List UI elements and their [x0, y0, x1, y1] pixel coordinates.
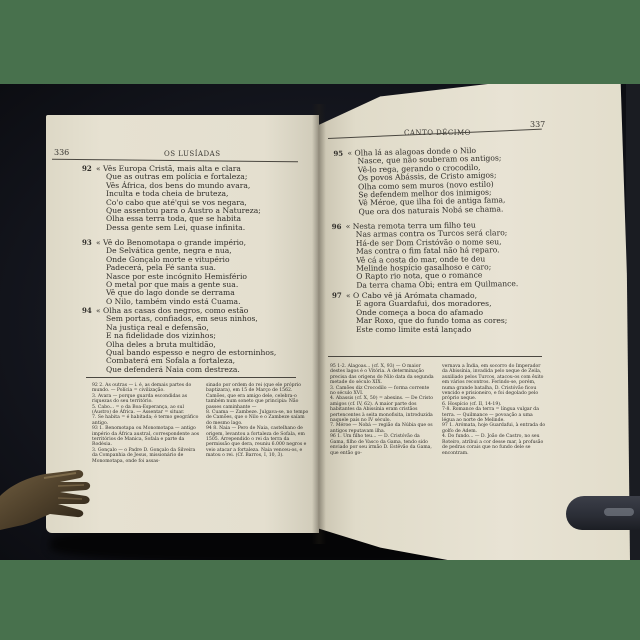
bottom-green-band — [0, 560, 640, 640]
bronze-hand-icon — [0, 456, 92, 548]
book-gutter — [312, 104, 326, 544]
verse-line: Que ora dos naturais Nobá se chama. — [349, 205, 506, 217]
stanza-96: 96 « Nesta remota terra um filho teu Nas… — [346, 221, 519, 290]
stanza-94: 94 « Olha as casas dos negros, como estã… — [96, 307, 276, 374]
footnote: 7-8. Romance da terra = língua vulgar da… — [442, 407, 546, 423]
footnote: 3. Gonçalo — o Padre D. Gonçalo da Silve… — [92, 448, 200, 464]
footnote: 4. Do fundo... — D. João de Castro, no s… — [442, 434, 546, 456]
footnote: 95 1-2. Alagoas... (cf. X, 93) — O maior… — [330, 364, 434, 386]
footnote: 96 1. Um filho teu... — D. Cristóvão da … — [330, 434, 434, 456]
verse-line: O Nilo, também vindo está Cuama. — [96, 298, 247, 306]
page-number-right: 337 — [530, 120, 545, 129]
header-rule — [52, 159, 298, 163]
book-photo: 336 OS LUSÍADAS 92 « Vês Europa Cristã, … — [0, 84, 640, 560]
notes-rule — [86, 377, 296, 378]
footnote: 7. Méroe — Nobá — região da Núbia que os… — [330, 423, 434, 434]
stanza-93: 93 « Vê do Benomotapa o grande império, … — [96, 239, 247, 306]
stanza-number: 96 — [332, 223, 342, 232]
footnote: vernava a Índia, em socorro do Imperador… — [442, 364, 546, 402]
verse-line: Da terra chama Obi; entra em Quilmance. — [346, 280, 518, 290]
footnotes-left-col2: sinado por ordem do rei (que ele próprio… — [206, 383, 310, 459]
footnotes-right-col2: vernava a Índia, em socorro do Imperador… — [442, 364, 546, 456]
footnote: 4. Abassis (cf. X, 50) = abexins. — De C… — [330, 396, 434, 423]
verse-line: Que defenderá Naia com destreza. — [96, 366, 276, 374]
page-number-left: 336 — [54, 148, 69, 157]
running-head-left: OS LUSÍADAS — [164, 150, 221, 158]
footnote: 94 8. Naia — Pero de Naia, castelhano de… — [206, 426, 310, 458]
stanza-number: 97 — [332, 292, 342, 300]
footnotes-right-col1: 95 1-2. Alagoas... (cf. X, 93) — O maior… — [330, 364, 434, 456]
footnote: 92 2. As outras — i. é, as demais partes… — [92, 383, 200, 394]
stanza-number: 95 — [333, 150, 343, 159]
right-page: 337 CANTO DÉCIMO 95 « Olha lá as alagoas… — [318, 84, 630, 560]
top-green-band — [0, 0, 640, 84]
photo-frame: 336 OS LUSÍADAS 92 « Vês Europa Cristã, … — [0, 0, 640, 640]
footnote: 5. Cabo... = o da Boa-Esperança, ao sul … — [92, 405, 200, 416]
verse-line: Este como limite está lançado — [346, 326, 507, 334]
footnote: 3. Avara — porque guarda escondidas as r… — [92, 394, 200, 405]
stanza-92: 92 « Vês Europa Cristã, mais alta e clar… — [96, 165, 261, 232]
footnote: 93 1. Benomotapa ou Monomotapa — antigo … — [92, 426, 200, 448]
footnote: 97 1. Arómata, hoje Guardafui, à entrada… — [442, 423, 546, 434]
footnote: 8. Cuama — Zambeze. Julgava-se, no tempo… — [206, 410, 310, 426]
footnote: 7. Se habita = é habitada; é termo geogr… — [92, 415, 200, 426]
verse-line: Dessa gente sem Lei, quase infinita. — [96, 224, 261, 232]
footnote: sinado por ordem do rei (que ele próprio… — [206, 383, 310, 410]
stanza-number: 93 — [82, 239, 92, 247]
stanza-95: 95 « Olha lá as alagoas donde o Nilo Nas… — [347, 146, 505, 217]
clip-highlight — [604, 508, 634, 516]
notes-rule — [328, 356, 542, 357]
footnotes-left-col1: 92 2. As outras — i. é, as demais partes… — [92, 383, 200, 464]
stanza-number: 92 — [82, 165, 92, 173]
footnote: 3. Camões diz Crocodilo — forma corrente… — [330, 386, 434, 397]
stanza-number: 94 — [82, 307, 92, 315]
stanza-97: 97 « O Cabo vê já Arómata chamado, E ago… — [346, 292, 507, 334]
